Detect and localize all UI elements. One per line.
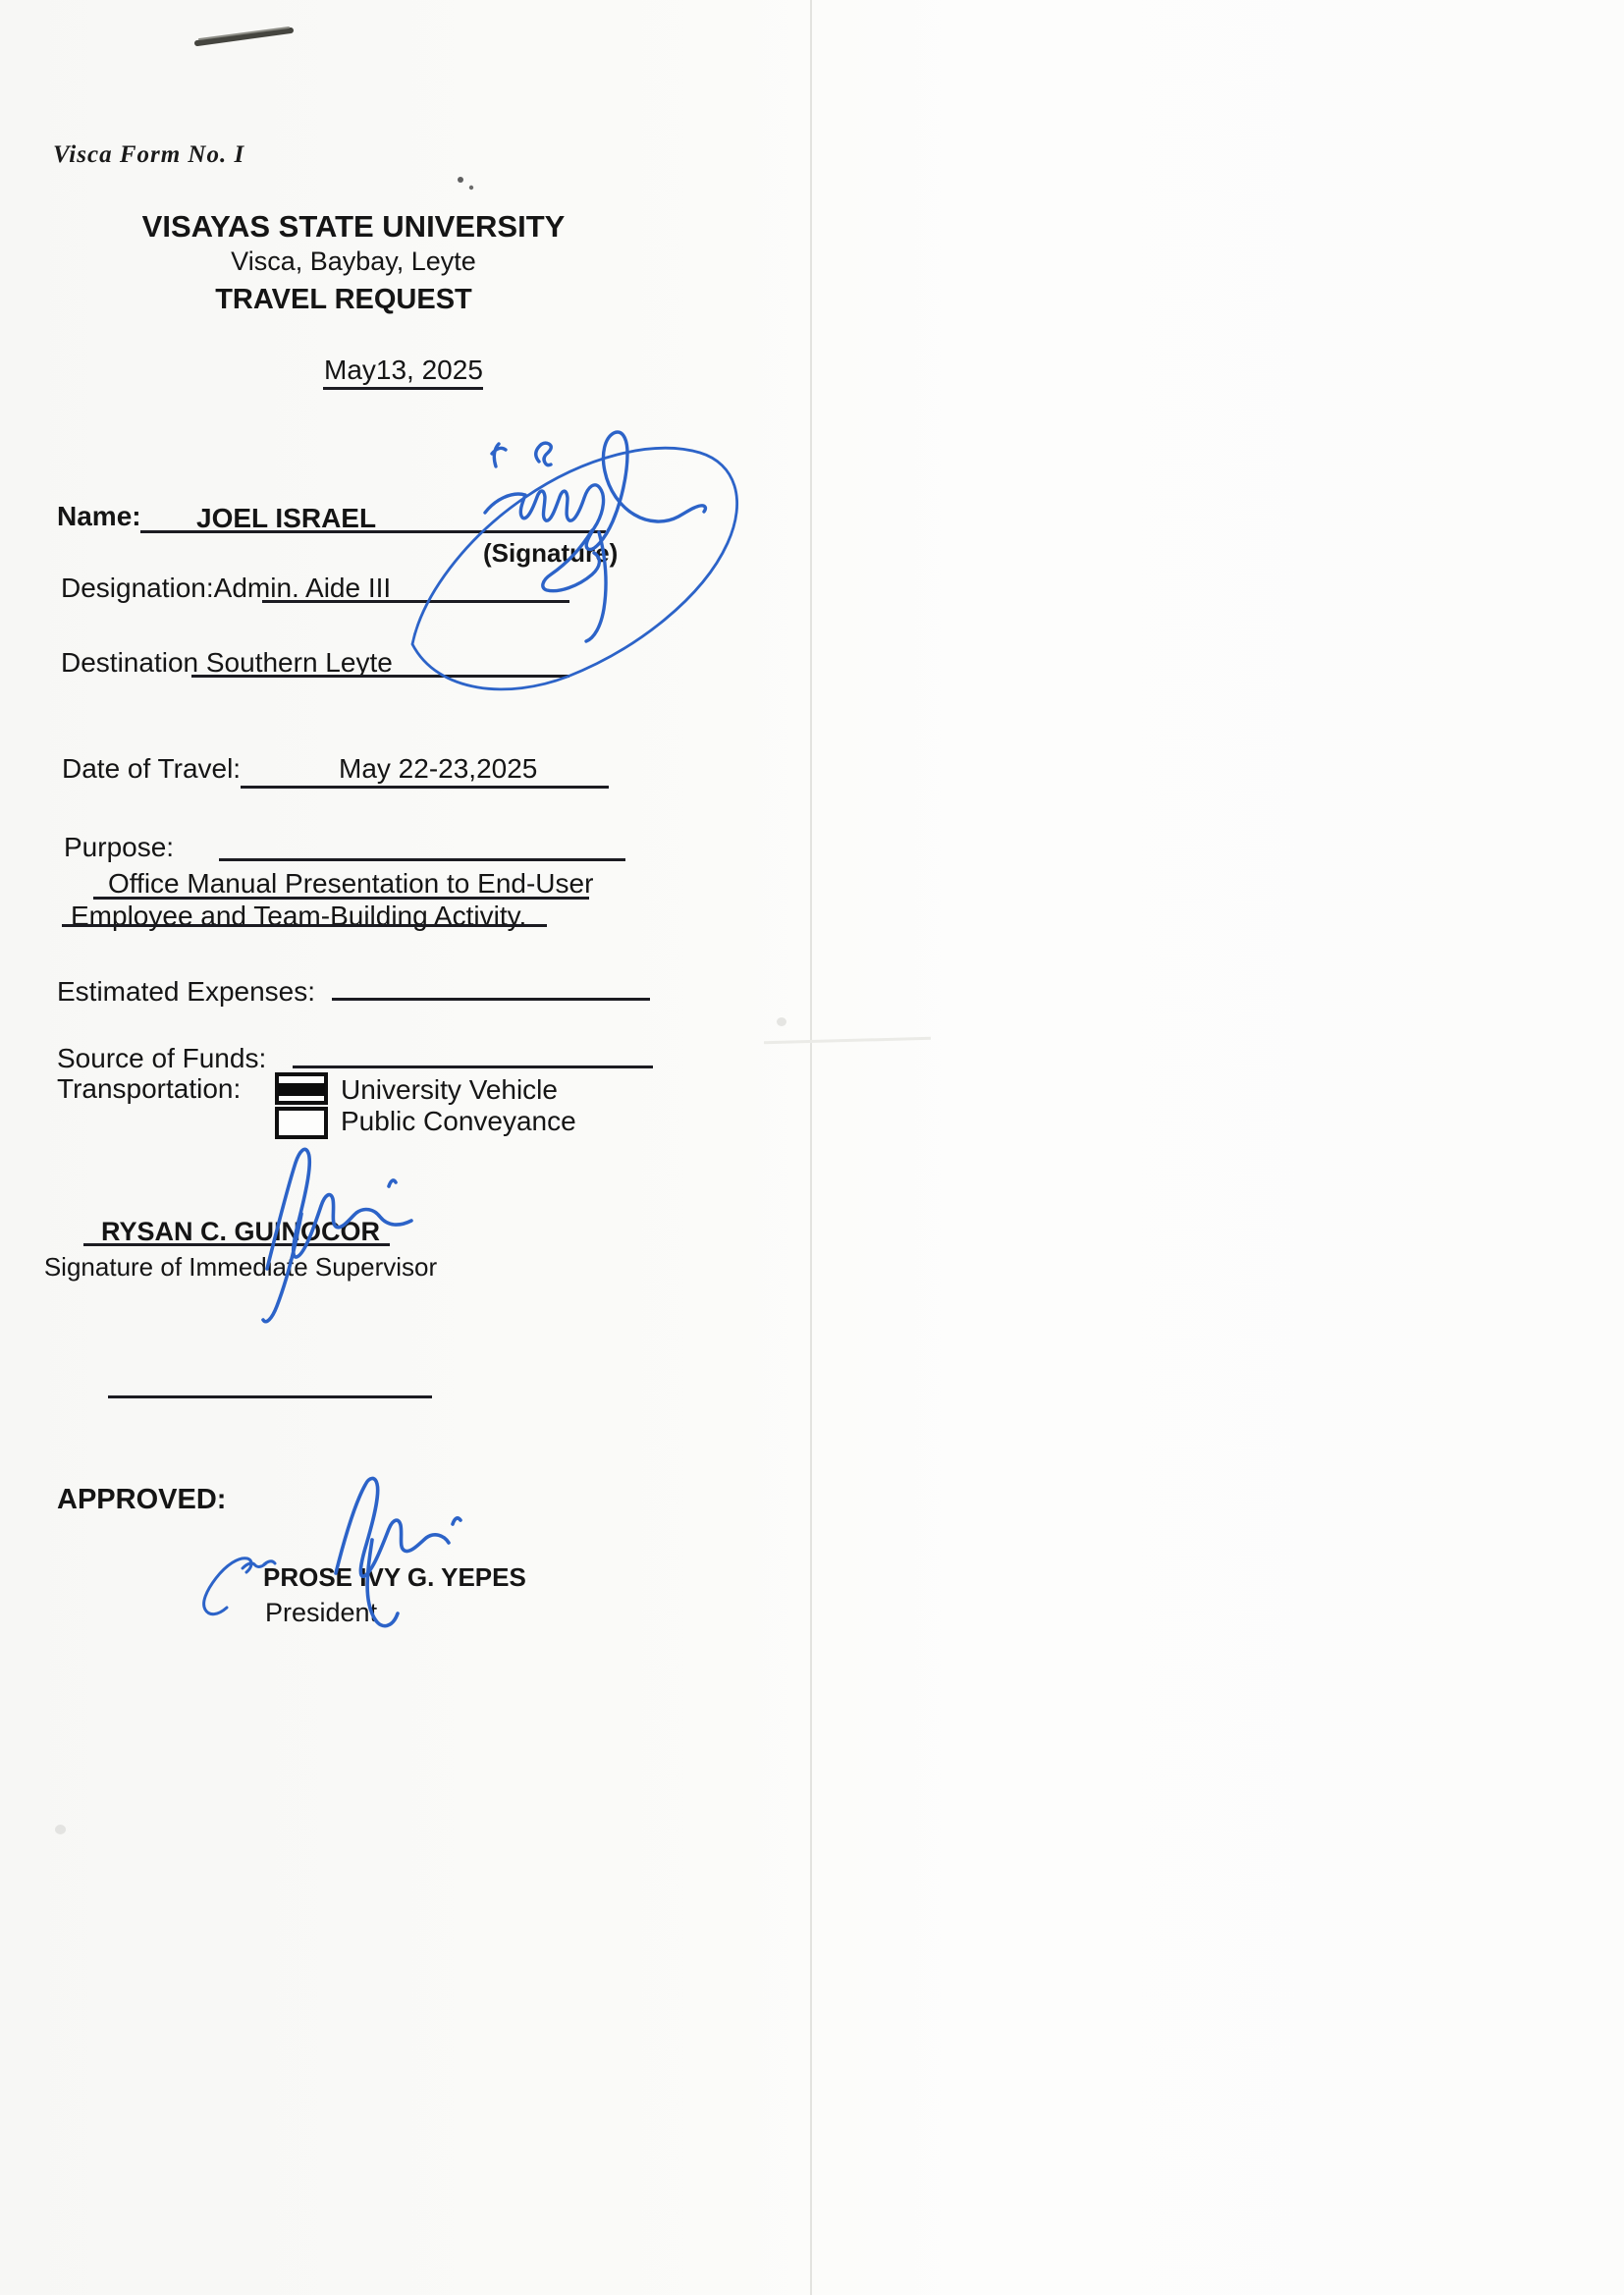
purpose-value-line1: Office Manual Presentation to End-User (108, 869, 593, 900)
purpose-value-line2: Employee and Team-Building Activity. (71, 902, 526, 932)
university-address: Visca, Baybay, Leyte (118, 247, 589, 277)
purpose-label: Purpose: (64, 833, 174, 863)
supervisor-signature-tick (389, 1180, 396, 1186)
document-title: TRAVEL REQUEST (108, 285, 579, 316)
destination-value: Southern Leyte (206, 647, 393, 678)
signature-tick-2 (536, 443, 552, 465)
estimated-expenses-underline (332, 998, 650, 1001)
purpose-blank-underline (219, 858, 625, 861)
source-of-funds-underline (293, 1066, 653, 1068)
transportation-label: Transportation: (57, 1074, 241, 1105)
signature-caption: (Signature) (483, 539, 618, 568)
signature-tick-1 (492, 444, 506, 466)
president-signature-tick (453, 1518, 460, 1524)
blank-signature-line (108, 1395, 432, 1398)
university-vehicle-label: University Vehicle (341, 1075, 558, 1106)
date-of-travel-value: May 22-23,2025 (339, 754, 537, 785)
designation-underline (262, 600, 569, 603)
name-label: Name: (57, 502, 141, 532)
destination-label: Destination (61, 647, 198, 678)
paper-crease (764, 1037, 931, 1044)
date-issued: May13, 2025 (324, 355, 483, 386)
name-underline (140, 530, 606, 533)
estimated-expenses-label: Estimated Expenses: (57, 977, 315, 1008)
paper-smudge (777, 1017, 786, 1026)
approved-label: APPROVED: (57, 1485, 226, 1516)
designation-label: Designation: (61, 573, 214, 603)
source-of-funds-label: Source of Funds: (57, 1044, 266, 1074)
ink-overlay (0, 0, 1624, 2295)
purpose-line1-underline (93, 897, 589, 900)
destination-underline (191, 675, 569, 678)
scanned-travel-request-form: Visca Form No. I VISAYAS STATE UNIVERSIT… (0, 0, 1624, 2295)
date-issued-underline (323, 387, 483, 390)
designation-value: Admin. Aide III (214, 573, 392, 603)
university-name: VISAYAS STATE UNIVERSITY (118, 210, 589, 244)
university-vehicle-checkbox (275, 1072, 328, 1105)
staple (197, 27, 291, 43)
date-of-travel-label: Date of Travel: (62, 754, 241, 785)
supervisor-underline (83, 1243, 390, 1246)
public-conveyance-checkbox (275, 1107, 328, 1139)
public-conveyance-label: Public Conveyance (341, 1107, 576, 1137)
approver-name: PROSE IVY G. YEPES (263, 1563, 526, 1592)
signature-loop-ellipse (412, 448, 737, 689)
paper-smudge (55, 1825, 66, 1834)
pen-dots (458, 177, 473, 190)
date-of-travel-underline (241, 786, 609, 789)
supervisor-signature-main (267, 1149, 411, 1269)
paper-fold-line (810, 0, 812, 2295)
approver-title: President (265, 1599, 377, 1628)
purpose-line2-underline (62, 924, 547, 927)
form-number: Visca Form No. I (53, 141, 244, 169)
supervisor-caption: Signature of Immediate Supervisor (29, 1253, 452, 1282)
